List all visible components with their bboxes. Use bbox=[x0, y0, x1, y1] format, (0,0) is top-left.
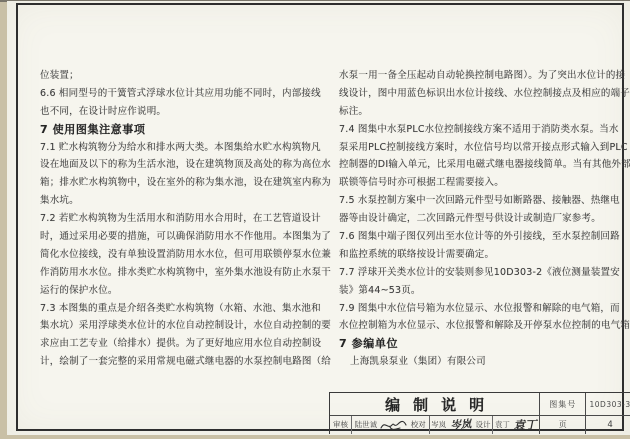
reviewer-signature-scribble-icon bbox=[380, 416, 408, 434]
text-line: 也不同，在设计时应作说明。 bbox=[40, 103, 328, 121]
text-line: 上海凯泉泵业（集团）有限公司 bbox=[339, 353, 623, 371]
text-line: 时，通过采用必要的措施，可以确保消防用水不作他用。本图集为了 bbox=[40, 228, 328, 246]
paper-sheet: 位装置；6.6 相同型号的干簧管式浮球水位计其应用功能不同时，内部接线也不同，在… bbox=[7, 1, 630, 435]
text-line: 7.4 图集中水泵PLC水位控制接线方案不适用于消防类水泵。当水 bbox=[339, 121, 623, 139]
text-line: 装》第44~53页。 bbox=[339, 282, 623, 300]
text-line: 联锁等信号时亦可根据工程需要接入。 bbox=[339, 174, 623, 192]
proofreader-signature: 岑岚 bbox=[447, 415, 474, 434]
text-line: 控制器的DI输入单元，比采用电磁式继电器接线简单。当有其他外部 bbox=[339, 156, 623, 174]
text-line: 作消防用水水位。排水类贮水构筑物中，室外集水池设有防止水泵干 bbox=[40, 264, 328, 282]
text-line: 设在地面及以下的称为生活水池，设在建筑物顶及高处的称为高位水 bbox=[40, 156, 328, 174]
text-line: 器等由设计确定，二次回路元件型号供设计或制造厂家参考。 bbox=[339, 210, 623, 228]
left-text-column: 位装置；6.6 相同型号的干簧管式浮球水位计其应用功能不同时，内部接线也不同，在… bbox=[40, 67, 328, 371]
text-line: 泵采用PLC控制接线方案时，水位信号均以常开接点形式输入到PLC bbox=[339, 139, 623, 157]
designer-signature: 袁丁 bbox=[511, 416, 540, 434]
text-line: 箱；排水贮水构筑物中，设在室外的称为集水池，设在建筑室内称为 bbox=[40, 174, 328, 192]
text-line: 水泵一用一备全压起动自动轮换控制电路图）。为了突出水位计的接 bbox=[339, 67, 623, 85]
text-line: 6.6 相同型号的干簧管式浮球水位计其应用功能不同时，内部接线 bbox=[40, 85, 328, 103]
designer-label: 设计 bbox=[474, 416, 494, 434]
text-line: 7.9 图集中水位信号箱为水位显示、水位报警和解除的电气箱，而 bbox=[339, 300, 623, 318]
text-line: 线设计，图中用蓝色标识出水位计接线、水位控制接点及相应的端子 bbox=[339, 85, 623, 103]
scanned-page-canvas: 位装置；6.6 相同型号的干簧管式浮球水位计其应用功能不同时，内部接线也不同，在… bbox=[0, 0, 630, 439]
text-line: 位装置； bbox=[40, 67, 328, 85]
proofreader-label: 校对 bbox=[408, 416, 430, 434]
text-line: 7 参编单位 bbox=[339, 335, 623, 353]
atlas-number-label: 图集号 bbox=[539, 393, 585, 415]
text-line: 计，绘制了一套完整的采用常规电磁式继电器的水泵控制电路图（给 bbox=[40, 353, 328, 371]
text-line: 集水坑）采用浮球类水位计的水位自动控制设计，水位自动控制的要 bbox=[40, 317, 328, 335]
sheet-title: 编制说明 bbox=[330, 393, 539, 415]
text-line: 7.2 若贮水构筑物为生活用水和消防用水合用时，在工艺管道设计 bbox=[40, 210, 328, 228]
atlas-number-value: 10D303-3 bbox=[585, 393, 630, 415]
designer-name: 袁丁 bbox=[493, 416, 511, 434]
title-block-row-title: 编制说明 图集号 10D303-3 bbox=[330, 393, 630, 416]
right-text-column: 水泵一用一备全压起动自动轮换控制电路图）。为了突出水位计的接线设计，图中用蓝色标… bbox=[339, 67, 623, 371]
text-line: 7.3 本图集的重点是介绍各类贮水构筑物（水箱、水池、集水池和 bbox=[40, 300, 328, 318]
text-line: 7.1 贮水构筑物分为给水和排水两大类。本图集给水贮水构筑物凡 bbox=[40, 139, 328, 157]
text-line: 7 使用图集注意事项 bbox=[40, 121, 328, 139]
reviewer-name: 陆世诚 bbox=[352, 416, 380, 434]
text-line: 运行的保护水位。 bbox=[40, 282, 328, 300]
text-line: 7.6 图集中端子图仅列出至水位计等的外引接线，至水泵控制回路 bbox=[339, 228, 623, 246]
page-number: 4 bbox=[585, 416, 630, 434]
text-line: 简化水位接线，没有单独设置消防用水水位，但可用联锁停泵水位兼 bbox=[40, 246, 328, 264]
text-line: 标注。 bbox=[339, 103, 623, 121]
title-block: 编制说明 图集号 10D303-3 审核 陆世诚 校对 岑岚 岑岚 设计 袁丁 … bbox=[329, 392, 630, 434]
text-line: 7.5 水泵控制方案中一次回路元件型号如断路器、接触器、热继电 bbox=[339, 192, 623, 210]
text-line: 7.7 浮球开关类水位计的安装则参见10D303-2《液位测量装置安 bbox=[339, 264, 623, 282]
text-line: 求应由工艺专业（给排水）提供。为了更好地应用水位自动控制设 bbox=[40, 335, 328, 353]
proofreader-name: 岑岚 bbox=[430, 416, 448, 434]
text-line: 集水坑。 bbox=[40, 192, 328, 210]
text-line: 水位控制箱为水位显示、水位报警和解除及开停泵水位控制的电气箱。 bbox=[339, 317, 623, 335]
text-line: 和监控系统的联络按设计需要确定。 bbox=[339, 246, 623, 264]
page-label: 页 bbox=[539, 416, 585, 434]
reviewer-label: 审核 bbox=[330, 416, 352, 434]
title-block-row-signatures: 审核 陆世诚 校对 岑岚 岑岚 设计 袁丁 袁丁 页 4 bbox=[330, 416, 630, 434]
